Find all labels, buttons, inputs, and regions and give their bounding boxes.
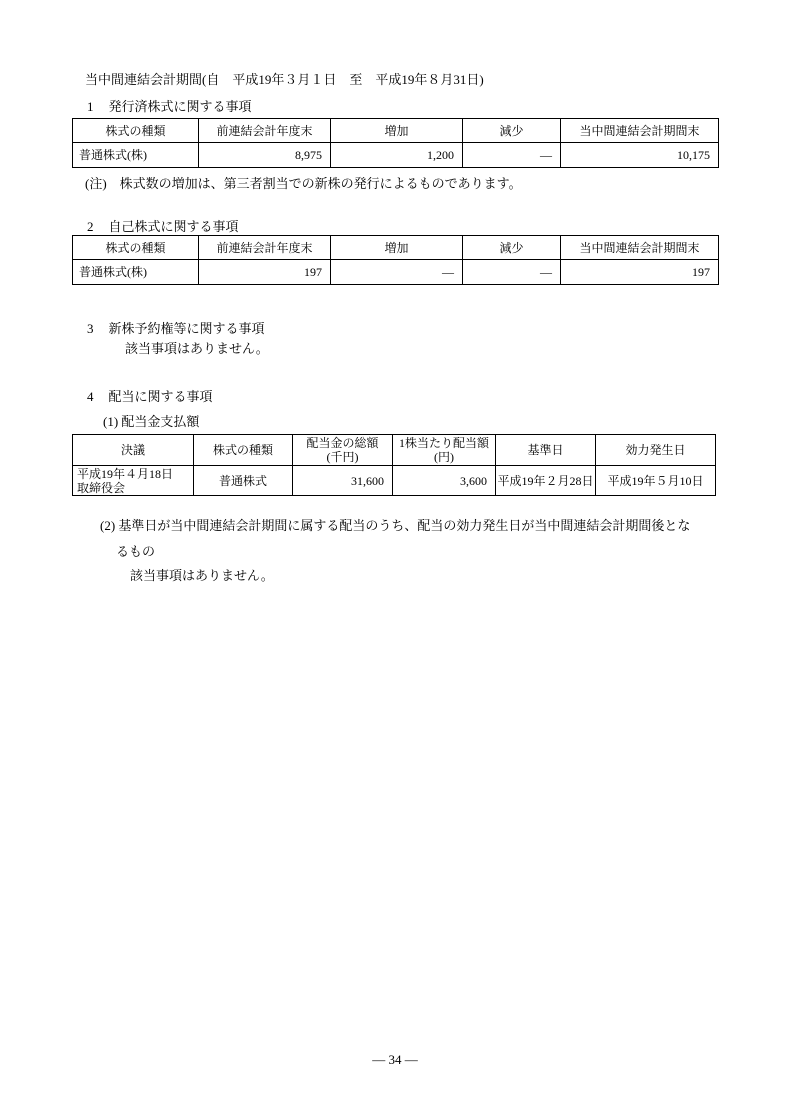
- section1-number: 1: [87, 99, 94, 114]
- col-share-type: 株式の種類: [194, 435, 293, 466]
- cell-effective-date: 平成19年５月10日: [596, 466, 716, 496]
- col-per-share: 1株当たり配当額 (円): [393, 435, 496, 466]
- section1-note: (注) 株式数の増加は、第三者割当での新株の発行によるものであります。: [85, 175, 522, 192]
- section4-number: 4: [87, 389, 94, 404]
- table-row: 普通株式(株) 197 ― ― 197: [73, 260, 719, 285]
- accounting-period-title: 当中間連結会計期間(自 平成19年３月１日 至 平成19年８月31日): [85, 71, 484, 88]
- col-decrease: 減少: [463, 236, 561, 260]
- section1-heading-text: 発行済株式に関する事項: [109, 99, 252, 114]
- cell-share-type: 普通株式(株): [73, 143, 199, 168]
- page-number: ― 34 ―: [0, 1052, 790, 1068]
- section2-heading-text: 自己株式に関する事項: [109, 219, 239, 234]
- cell-resolution: 平成19年４月18日 取締役会: [73, 466, 194, 496]
- cell-total-amount: 31,600: [293, 466, 393, 496]
- table-header-row: 株式の種類 前連結会計年度末 増加 減少 当中間連結会計期間末: [73, 119, 719, 143]
- col-increase: 増加: [331, 119, 463, 143]
- col-total-amount: 配当金の総額 (千円): [293, 435, 393, 466]
- section2-heading: 2自己株式に関する事項: [87, 218, 239, 235]
- cell-period-end: 10,175: [561, 143, 719, 168]
- table-header-row: 株式の種類 前連結会計年度末 増加 減少 当中間連結会計期間末: [73, 236, 719, 260]
- cell-share-type: 普通株式(株): [73, 260, 199, 285]
- section4-heading-text: 配当に関する事項: [109, 389, 213, 404]
- table-row: 普通株式(株) 8,975 1,200 ― 10,175: [73, 143, 719, 168]
- col-effective-date: 効力発生日: [596, 435, 716, 466]
- cell-increase: ―: [331, 260, 463, 285]
- cell-prev-year-end: 197: [199, 260, 331, 285]
- section4-sub2-line1: (2) 基準日が当中間連結会計期間に属する配当のうち、配当の効力発生日が当中間連…: [100, 517, 690, 534]
- col-share-type: 株式の種類: [73, 119, 199, 143]
- table-header-row: 決議 株式の種類 配当金の総額 (千円) 1株当たり配当額 (円) 基準日 効力…: [73, 435, 716, 466]
- col-share-type: 株式の種類: [73, 236, 199, 260]
- col-record-date: 基準日: [496, 435, 596, 466]
- col-prev-year-end: 前連結会計年度末: [199, 236, 331, 260]
- section3-heading-text: 新株予約権等に関する事項: [109, 321, 265, 336]
- col-period-end: 当中間連結会計期間末: [561, 236, 719, 260]
- dividends-table: 決議 株式の種類 配当金の総額 (千円) 1株当たり配当額 (円) 基準日 効力…: [72, 434, 716, 496]
- section4-sub2-line2: るもの: [116, 543, 155, 560]
- cell-decrease: ―: [463, 143, 561, 168]
- section3-number: 3: [87, 321, 94, 336]
- section1-heading: 1発行済株式に関する事項: [87, 98, 252, 115]
- cell-period-end: 197: [561, 260, 719, 285]
- col-period-end: 当中間連結会計期間末: [561, 119, 719, 143]
- cell-increase: 1,200: [331, 143, 463, 168]
- section3-heading: 3新株予約権等に関する事項: [87, 320, 265, 337]
- section4-sub1-label: (1) 配当金支払額: [103, 413, 199, 430]
- col-decrease: 減少: [463, 119, 561, 143]
- col-prev-year-end: 前連結会計年度末: [199, 119, 331, 143]
- table-row: 平成19年４月18日 取締役会 普通株式 31,600 3,600 平成19年２…: [73, 466, 716, 496]
- cell-decrease: ―: [463, 260, 561, 285]
- issued-shares-table: 株式の種類 前連結会計年度末 増加 減少 当中間連結会計期間末 普通株式(株) …: [72, 118, 719, 168]
- cell-prev-year-end: 8,975: [199, 143, 331, 168]
- treasury-shares-table: 株式の種類 前連結会計年度末 増加 減少 当中間連結会計期間末 普通株式(株) …: [72, 235, 719, 285]
- cell-record-date: 平成19年２月28日: [496, 466, 596, 496]
- section4-heading: 4配当に関する事項: [87, 388, 213, 405]
- document-page: 当中間連結会計期間(自 平成19年３月１日 至 平成19年８月31日) 1発行済…: [0, 0, 790, 1118]
- cell-per-share: 3,600: [393, 466, 496, 496]
- col-increase: 増加: [331, 236, 463, 260]
- cell-share-type: 普通株式: [194, 466, 293, 496]
- section4-sub2-body: 該当事項はありません。: [130, 567, 274, 584]
- section3-body: 該当事項はありません。: [125, 340, 269, 357]
- section2-number: 2: [87, 219, 94, 234]
- col-resolution: 決議: [73, 435, 194, 466]
